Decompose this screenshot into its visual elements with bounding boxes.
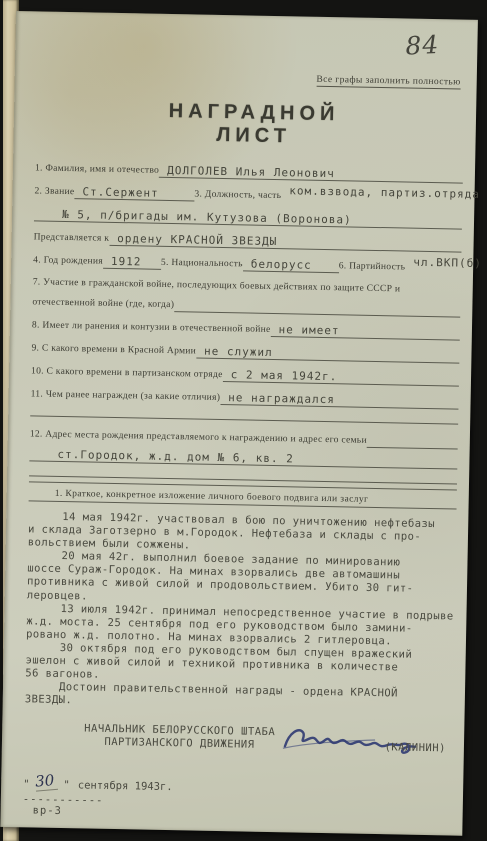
field-duty-value: ком.взвода, партиз.отряда <box>281 184 484 201</box>
field-presented-value: ордену КРАСНОЙ ЗВЕЗДЫ <box>109 232 462 253</box>
fill-all-note: Все графы заполнить полностью <box>316 75 460 90</box>
date-close-quote: " <box>63 779 70 791</box>
handwritten-day: 30 <box>35 771 59 792</box>
blank-rule <box>30 415 458 424</box>
field-rank-value: Ст.Сержент <box>74 185 194 201</box>
signer-title-line2: ПАРТИЗАНСКОГО ДВИЖЕНИЯ <box>84 735 275 751</box>
handwritten-page-number: 84 <box>405 30 440 61</box>
field-prior-awards-value: не награждался <box>220 391 459 410</box>
field-civil-war-line2: отечественной войне (где, когда) <box>32 296 460 317</box>
field-presented-for: Представляется к ордену КРАСНОЙ ЗВЕЗДЫ <box>34 230 462 252</box>
field-prior-awards: 11. Чем ранее награжден (за какие отличи… <box>31 387 459 409</box>
field-nationality-label: 5. Национальность <box>161 257 243 272</box>
date-month-year: сентября 1943г. <box>78 780 173 794</box>
field-red-army: 9. С какого времени в Красной Армии не с… <box>31 341 459 363</box>
field-name-value: ДОЛГОЛЕВ Илья Леонович <box>159 164 463 184</box>
date-open-quote: " <box>23 779 30 791</box>
section-divider: 1. Краткое, конкретное изложение личного… <box>29 475 457 509</box>
field-address-fill <box>367 447 458 450</box>
field-wounds-value: не имеет <box>270 323 460 341</box>
field-partisan-since: 10. С какого времени в партизанском отря… <box>31 364 459 386</box>
typist-mark-block: ----------- вр-3 <box>23 795 451 825</box>
field-name: 1. Фамилия, имя и отечество ДОЛГОЛЕВ Иль… <box>35 161 463 183</box>
field-rank-label: 2. Звание <box>34 185 74 199</box>
feat-section-header: 1. Краткое, конкретное изложение личного… <box>29 487 457 509</box>
field-rank-duty: 2. Звание Ст.Сержент 3. Должность, часть… <box>34 184 462 206</box>
field-civil-war-label2: отечественной войне (где, когда) <box>32 296 174 312</box>
field-address-value: ст.Городок, ж.д. дом № 6, кв. 2 <box>29 447 457 469</box>
field-presented-label: Представляется к <box>34 231 110 245</box>
feat-description: 14 мая 1942г. участвовал в бою по уничто… <box>25 510 457 715</box>
field-nationality-value: белорусс <box>243 257 339 273</box>
award-form: 1. Фамилия, имя и отечество ДОЛГОЛЕВ Иль… <box>29 161 463 469</box>
signer-title: НАЧАЛЬНИК БЕЛОРУССКОГО ШТАБА ПАРТИЗАНСКО… <box>84 723 275 752</box>
field-partisan-since-value: с 2 мая 1942г. <box>223 368 460 387</box>
field-address-label-row: 12. Адрес места рождения представляемого… <box>30 428 458 449</box>
field-birth-nation-party: 4. Год рождения 1912 5. Национальность б… <box>33 253 461 275</box>
award-sheet-page: 84 Все графы заполнить полностью НАГРАДН… <box>0 11 478 836</box>
field-party-value: чл.ВКП(б) <box>405 256 486 271</box>
field-partisan-since-label: 10. С какого времени в партизанском отря… <box>31 365 223 382</box>
field-birthyear-value: 1912 <box>103 255 161 270</box>
field-address-label: 12. Адрес места рождения представляемого… <box>30 428 367 447</box>
field-prior-awards-label: 11. Чем ранее награжден (за какие отличи… <box>31 388 221 405</box>
field-civil-war-line1: 7. Участие в гражданской войне, последую… <box>33 276 461 297</box>
signer-name: (КАЛИНИН) <box>384 742 446 755</box>
field-duty-label: 3. Должность, часть <box>194 188 281 203</box>
page-title: НАГРАДНОЙ ЛИСТ <box>153 100 354 150</box>
field-party-label: 6. Партийность <box>339 260 406 274</box>
field-red-army-label: 9. С какого времени в Красной Армии <box>31 342 196 358</box>
field-civil-war-label1: 7. Участие в гражданской войне, последую… <box>33 276 401 296</box>
field-wounds-label: 8. Имеет ли ранения и контузии в отечест… <box>32 319 271 337</box>
field-address-value-row: ст.Городок, ж.д. дом № 6, кв. 2 <box>29 447 457 469</box>
field-civil-war-value <box>174 311 460 317</box>
signature-block: НАЧАЛЬНИК БЕЛОРУССКОГО ШТАБА ПАРТИЗАНСКО… <box>24 720 453 774</box>
field-red-army-value: не служил <box>196 345 460 364</box>
field-duty-value-line2-row: № 5, п/бригады им. Кутузова (Воронова) <box>34 207 462 229</box>
field-duty-value-line2: № 5, п/бригады им. Кутузова (Воронова) <box>34 207 462 229</box>
field-birthyear-label: 4. Год рождения <box>33 254 103 268</box>
field-name-label: 1. Фамилия, имя и отечество <box>35 162 159 177</box>
scan-background: 84 Все графы заполнить полностью НАГРАДН… <box>0 0 487 841</box>
field-wounds: 8. Имеет ли ранения и контузии в отечест… <box>32 318 460 340</box>
